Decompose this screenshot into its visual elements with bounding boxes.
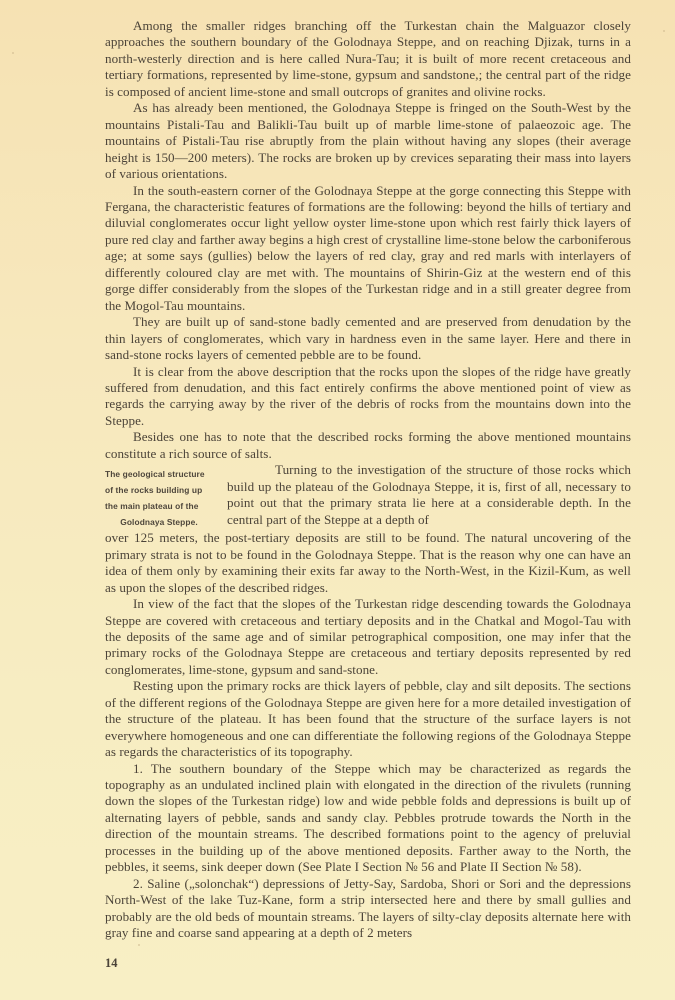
paragraph-pistali-tau: As has already been mentioned, the Golod… (105, 100, 631, 182)
paper-speck (12, 52, 14, 54)
page-number: 14 (105, 956, 118, 971)
paragraph-turkestan-slopes: In view of the fact that the slopes of t… (105, 596, 631, 678)
paragraph-denudation: It is clear from the above description t… (105, 364, 631, 430)
marginal-note-line: of the rocks building up (105, 482, 223, 498)
body-text: Among the smaller ridges branching off t… (105, 18, 631, 942)
marginal-note-line: Golodnaya Steppe. (105, 514, 223, 530)
paragraph-malguazor: Among the smaller ridges branching off t… (105, 18, 631, 100)
paragraph-geological-structure-continued: over 125 meters, the post-tertiary depos… (105, 530, 631, 596)
paragraph-salts: Besides one has to note that the describ… (105, 429, 631, 462)
paragraph-south-eastern-corner: In the south-eastern corner of the Golod… (105, 183, 631, 315)
marginal-note: The geological structure of the rocks bu… (105, 462, 223, 530)
paper-speck (138, 944, 140, 946)
paper-speck (663, 30, 665, 32)
marginal-note-line: The geological structure (105, 466, 223, 482)
paragraph-primary-rocks: Resting upon the primary rocks are thick… (105, 678, 631, 760)
scanned-book-page: Among the smaller ridges branching off t… (0, 0, 675, 1000)
paragraph-sand-stone: They are built up of sand-stone badly ce… (105, 314, 631, 363)
paragraph-southern-boundary: 1. The southern boundary of the Steppe w… (105, 761, 631, 876)
marginal-note-line: the main plateau of the (105, 498, 223, 514)
marginal-note-section: The geological structure of the rocks bu… (105, 462, 631, 530)
paragraph-geological-structure: Turning to the investigation of the stru… (223, 462, 631, 530)
paragraph-saline-depressions: 2. Saline („solonchak“) depressions of J… (105, 876, 631, 942)
